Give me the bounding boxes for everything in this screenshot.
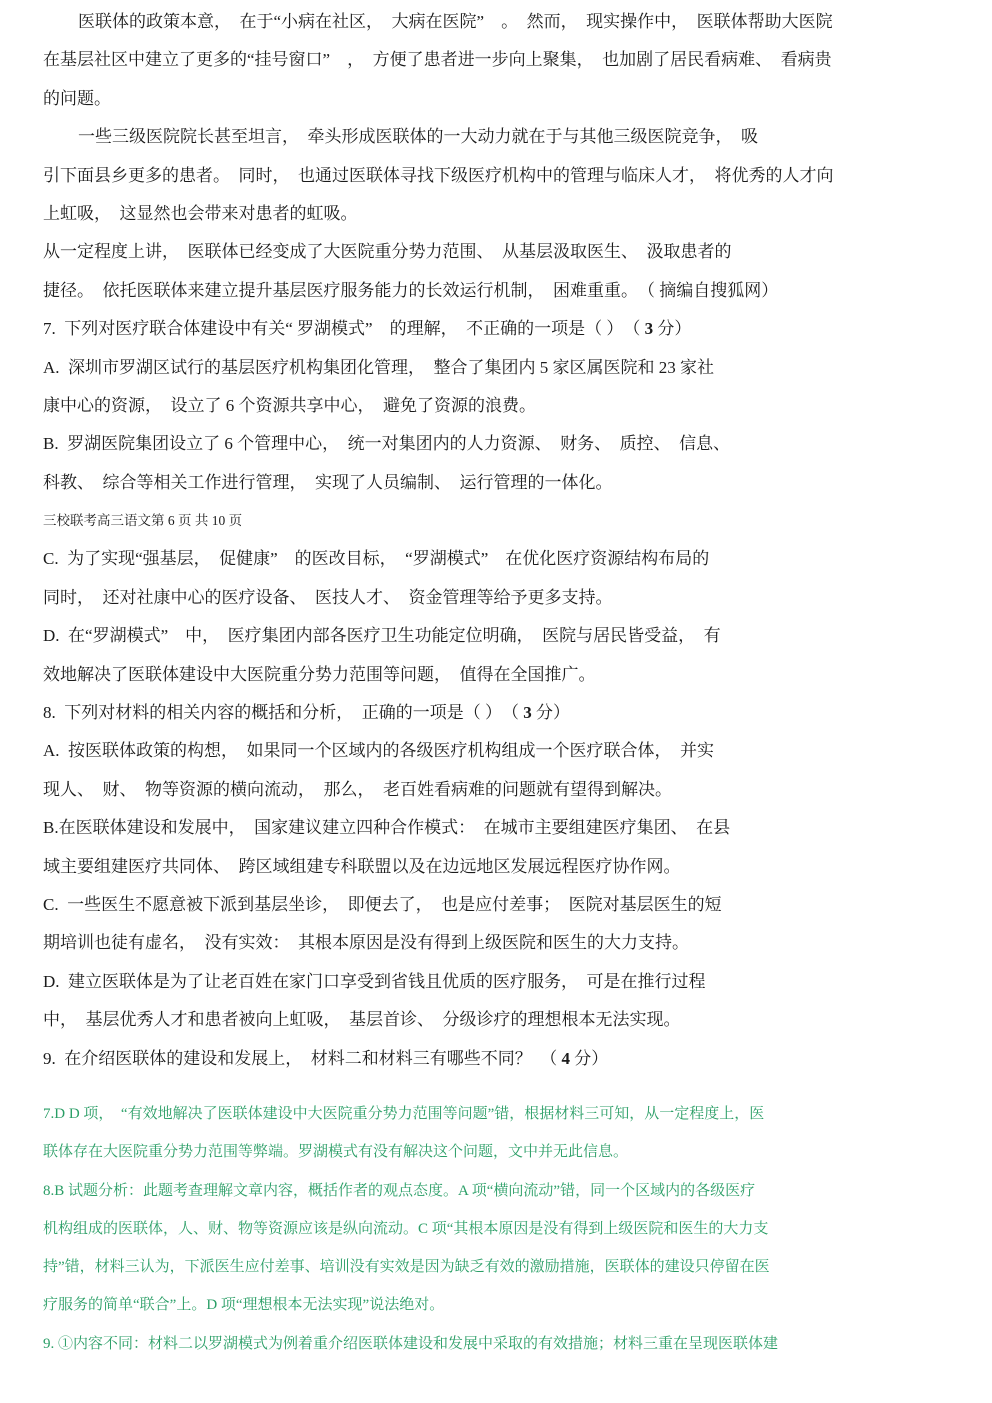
text-segment: 上虹吸， 这显然也会带来对患者的虹吸。	[43, 204, 358, 223]
text-line-34: 疗服务的简单“联合”上。D 项“理想根本无法实现”说法绝对。	[43, 1286, 972, 1324]
text-segment: 8.B 试题分析：此题考查理解文章内容，概括作者的观点态度。A 项“横向流动”错…	[43, 1183, 755, 1199]
text-segment: 从一定程度上讲， 医联体已经变成了大医院重分势力范围、 从基层汲取医生、 汲取患…	[43, 242, 732, 261]
text-segment: 9. 在介绍医联体的建设和发展上， 材料二和材料三有哪些不同？ （	[43, 1049, 562, 1068]
text-segment: 引下面县乡更多的患者。 同时， 也通过医联体寻找下级医疗机构中的管理与临床人才，…	[43, 166, 834, 185]
text-segment: D. 在“罗湖模式” 中， 医疗集团内部各医疗卫生功能定位明确， 医院与居民皆受…	[43, 626, 721, 645]
text-segment: 医联体的政策本意， 在于“小病在社区， 大病在医院” 。 然而， 现实操作中， …	[78, 12, 833, 31]
text-line-28: 9. 在介绍医联体的建设和发展上， 材料二和材料三有哪些不同？ （ 4 分）	[43, 1040, 972, 1078]
text-segment: 期培训也徒有虚名， 没有实效： 其根本原因是没有得到上级医院和医生的大力支持。	[43, 933, 689, 952]
text-line-19: 8. 下列对材料的相关内容的概括和分析， 正确的一项是（ ） （ 3 分）	[43, 694, 972, 732]
text-line-32: 机构组成的医联体，人、财、物等资源应该是纵向流动。C 项“其根本原因是没有得到上…	[43, 1210, 972, 1248]
text-line-8: 捷径。 依托医联体来建立提升基层医疗服务能力的长效运行机制， 困难重重。 （ 摘…	[43, 272, 972, 310]
text-line-4: 一些三级医院院长甚至坦言， 牵头形成医联体的一大动力就在于与其他三级医院竞争， …	[43, 118, 972, 156]
text-segment: 在基层社区中建立了更多的“挂号窗口” ， 方便了患者进一步向上聚集， 也加剧了居…	[43, 50, 832, 69]
text-segment: 同时， 还对社康中心的医疗设备、 医技人才、 资金管理等给予更多支持。	[43, 588, 613, 607]
score-number: 3	[523, 703, 532, 722]
text-line-5: 引下面县乡更多的患者。 同时， 也通过医联体寻找下级医疗机构中的管理与临床人才，…	[43, 157, 972, 195]
text-segment: C. 一些医生不愿意被下派到基层坐诊， 即便去了， 也是应付差事； 医院对基层医…	[43, 895, 722, 914]
text-segment: 分）	[532, 703, 570, 722]
text-line-26: D. 建立医联体是为了让老百姓在家门口享受到省钱且优质的医疗服务， 可是在推行过…	[43, 963, 972, 1001]
text-line-10: A. 深圳市罗湖区试行的基层医疗机构集团化管理， 整合了集团内 5 家区属医院和…	[43, 349, 972, 387]
text-segment: D. 建立医联体是为了让老百姓在家门口享受到省钱且优质的医疗服务， 可是在推行过…	[43, 972, 706, 991]
text-line-22: B.在医联体建设和发展中， 国家建议建立四种合作模式： 在城市主要组建医疗集团、…	[43, 809, 972, 847]
text-line-20: A. 按医联体政策的构想， 如果同一个区域内的各级医疗机构组成一个医疗联合体， …	[43, 732, 972, 770]
text-segment: A. 按医联体政策的构想， 如果同一个区域内的各级医疗机构组成一个医疗联合体， …	[43, 741, 714, 760]
text-segment: A. 深圳市罗湖区试行的基层医疗机构集团化管理， 整合了集团内 5 家区属医院和…	[43, 358, 714, 377]
text-line-7: 从一定程度上讲， 医联体已经变成了大医院重分势力范围、 从基层汲取医生、 汲取患…	[43, 233, 972, 271]
text-line-31: 8.B 试题分析：此题考查理解文章内容，概括作者的观点态度。A 项“横向流动”错…	[43, 1172, 972, 1210]
text-line-15: C. 为了实现“强基层， 促健康” 的医改目标， “罗湖模式” 在优化医疗资源结…	[43, 540, 972, 578]
text-line-2: 在基层社区中建立了更多的“挂号窗口” ， 方便了患者进一步向上聚集， 也加剧了居…	[43, 41, 972, 79]
text-line-25: 期培训也徒有虚名， 没有实效： 其根本原因是没有得到上级医院和医生的大力支持。	[43, 924, 972, 962]
text-segment: 9. ①内容不同：材料二以罗湖模式为例着重介绍医联体建设和发展中采取的有效措施；…	[43, 1336, 778, 1352]
text-line-1: 医联体的政策本意， 在于“小病在社区， 大病在医院” 。 然而， 现实操作中， …	[43, 3, 972, 41]
text-line-21: 现人、 财、 物等资源的横向流动， 那么， 老百姓看病难的问题就有望得到解决。	[43, 771, 972, 809]
text-line-17: D. 在“罗湖模式” 中， 医疗集团内部各医疗卫生功能定位明确， 医院与居民皆受…	[43, 617, 972, 655]
text-segment: 机构组成的医联体，人、财、物等资源应该是纵向流动。C 项“其根本原因是没有得到上…	[43, 1221, 768, 1237]
text-line-23: 域主要组建医疗共同体、 跨区域组建专科联盟以及在边远地区发展远程医疗协作网。	[43, 848, 972, 886]
text-line-30: 联体存在大医院重分势力范围等弊端。罗湖模式有没有解决这个问题，文中并无此信息。	[43, 1133, 972, 1171]
text-line-13: 科教、 综合等相关工作进行管理， 实现了人员编制、 运行管理的一体化。	[43, 464, 972, 502]
text-segment: B.在医联体建设和发展中， 国家建议建立四种合作模式： 在城市主要组建医疗集团、…	[43, 818, 730, 837]
text-segment: 捷径。 依托医联体来建立提升基层医疗服务能力的长效运行机制， 困难重重。 （ 摘…	[43, 281, 778, 300]
text-segment: 联体存在大医院重分势力范围等弊端。罗湖模式有没有解决这个问题，文中并无此信息。	[43, 1144, 628, 1160]
text-segment: 分）	[653, 319, 691, 338]
text-line-29: 7.D D 项， “有效地解决了医联体建设中大医院重分势力范围等问题”错，根据材…	[43, 1095, 972, 1133]
text-segment: 疗服务的简单“联合”上。D 项“理想根本无法实现”说法绝对。	[43, 1297, 444, 1313]
text-segment: 的问题。	[43, 89, 111, 108]
text-segment: 8. 下列对材料的相关内容的概括和分析， 正确的一项是（ ） （	[43, 703, 523, 722]
text-segment: B. 罗湖医院集团设立了 6 个管理中心， 统一对集团内的人力资源、 财务、 质…	[43, 434, 730, 453]
text-segment: 科教、 综合等相关工作进行管理， 实现了人员编制、 运行管理的一体化。	[43, 473, 613, 492]
text-segment: 分）	[570, 1049, 608, 1068]
page-footer-note: 三校联考高三语文第 6 页 共 10 页	[43, 502, 972, 540]
text-segment: 7.D D 项， “有效地解决了医联体建设中大医院重分势力范围等问题”错，根据材…	[43, 1106, 764, 1122]
text-segment: C. 为了实现“强基层， 促健康” 的医改目标， “罗湖模式” 在优化医疗资源结…	[43, 549, 709, 568]
text-segment: 效地解决了医联体建设中大医院重分势力范围等问题， 值得在全国推广。	[43, 665, 596, 684]
text-line-11: 康中心的资源， 设立了 6 个资源共享中心， 避免了资源的浪费。	[43, 387, 972, 425]
text-line-9: 7. 下列对医疗联合体建设中有关“ 罗湖模式” 的理解， 不正确的一项是（ ） …	[43, 310, 972, 348]
text-segment: 7. 下列对医疗联合体建设中有关“ 罗湖模式” 的理解， 不正确的一项是（ ） …	[43, 319, 645, 338]
exam-document-page: 医联体的政策本意， 在于“小病在社区， 大病在医院” 。 然而， 现实操作中， …	[0, 0, 992, 1403]
text-segment: 域主要组建医疗共同体、 跨区域组建专科联盟以及在边远地区发展远程医疗协作网。	[43, 857, 681, 876]
text-segment: 康中心的资源， 设立了 6 个资源共享中心， 避免了资源的浪费。	[43, 396, 536, 415]
text-segment: 中， 基层优秀人才和患者被向上虹吸， 基层首诊、 分级诊疗的理想根本无法实现。	[43, 1010, 681, 1029]
text-line-18: 效地解决了医联体建设中大医院重分势力范围等问题， 值得在全国推广。	[43, 656, 972, 694]
text-line-24: C. 一些医生不愿意被下派到基层坐诊， 即便去了， 也是应付差事； 医院对基层医…	[43, 886, 972, 924]
text-line-3: 的问题。	[43, 80, 972, 118]
score-number: 3	[645, 319, 654, 338]
text-segment: 持”错，材料三认为，下派医生应付差事、培训没有实效是因为缺乏有效的激励措施，医联…	[43, 1259, 770, 1275]
text-line-33: 持”错，材料三认为，下派医生应付差事、培训没有实效是因为缺乏有效的激励措施，医联…	[43, 1248, 972, 1286]
text-line-35: 9. ①内容不同：材料二以罗湖模式为例着重介绍医联体建设和发展中采取的有效措施；…	[43, 1325, 972, 1363]
text-segment: 一些三级医院院长甚至坦言， 牵头形成医联体的一大动力就在于与其他三级医院竞争， …	[78, 127, 758, 146]
text-line-6: 上虹吸， 这显然也会带来对患者的虹吸。	[43, 195, 972, 233]
text-segment: 现人、 财、 物等资源的横向流动， 那么， 老百姓看病难的问题就有望得到解决。	[43, 780, 672, 799]
text-segment: 三校联考高三语文第 6 页 共 10 页	[43, 513, 242, 528]
text-line-16: 同时， 还对社康中心的医疗设备、 医技人才、 资金管理等给予更多支持。	[43, 579, 972, 617]
text-line-27: 中， 基层优秀人才和患者被向上虹吸， 基层首诊、 分级诊疗的理想根本无法实现。	[43, 1001, 972, 1039]
text-line-12: B. 罗湖医院集团设立了 6 个管理中心， 统一对集团内的人力资源、 财务、 质…	[43, 425, 972, 463]
document-body: 医联体的政策本意， 在于“小病在社区， 大病在医院” 。 然而， 现实操作中， …	[43, 3, 972, 1363]
score-number: 4	[562, 1049, 571, 1068]
